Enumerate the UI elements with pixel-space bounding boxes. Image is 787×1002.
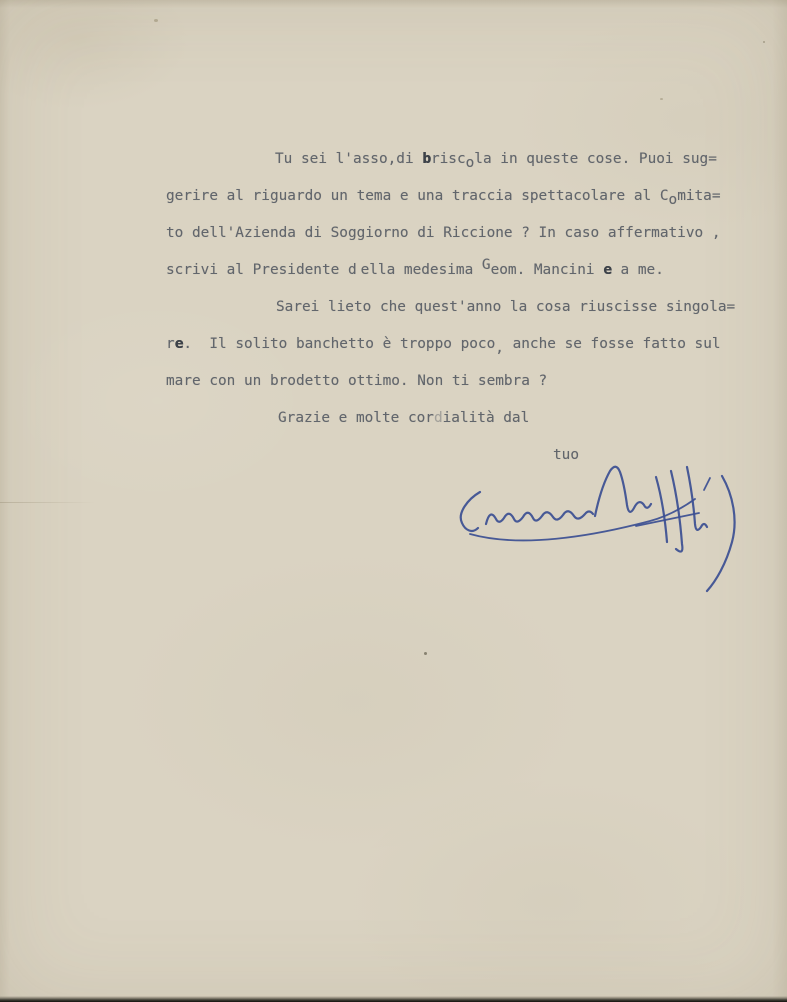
text-segment: mare con un brodetto ottimo. Non ti semb… <box>166 373 547 389</box>
letter-line: Tu sei l'asso,di briscola in queste cose… <box>166 141 766 178</box>
text-segment: b <box>422 151 431 167</box>
text-segment: d <box>434 410 443 426</box>
text-segment: o <box>466 155 475 171</box>
text-segment: Grazie e molte cor <box>278 410 434 426</box>
handwritten-signature <box>440 452 760 612</box>
signature-stroke-tick <box>704 478 710 490</box>
text-segment: Sarei lieto che quest'anno la cosa riusc… <box>276 299 735 315</box>
text-segment: e <box>603 262 612 278</box>
text-segment: ella medesima <box>361 262 482 278</box>
text-segment: . Il solito banchetto è troppo poco <box>183 336 495 352</box>
text-segment: r <box>166 336 175 352</box>
text-segment: o <box>669 192 678 208</box>
paper-speck <box>660 98 663 100</box>
scan-bottom-edge <box>0 996 787 1002</box>
letter-line: to dell'Azienda di Soggiorno di Riccione… <box>166 215 766 252</box>
text-segment: to dell'Azienda di Soggiorno di Riccione… <box>166 225 721 241</box>
paper-crease <box>0 502 95 503</box>
signature-stroke-gg-3 <box>687 467 707 530</box>
text-segment: la in queste cose. Puoi sug= <box>474 151 717 167</box>
text-segment: ialità dal <box>443 410 530 426</box>
text-segment: eom. Mancini <box>491 262 604 278</box>
signature-paren-flourish <box>707 476 735 591</box>
letter-line: Grazie e molte cordialità dal <box>166 400 766 437</box>
letter-line: scrivi al Presidente della medesima Geom… <box>166 252 766 289</box>
paper-speck <box>763 41 765 43</box>
text-segment: mita= <box>677 188 720 204</box>
letter-line: gerire al riguardo un tema e una traccia… <box>166 178 766 215</box>
letter-line: Sarei lieto che quest'anno la cosa riusc… <box>166 289 766 326</box>
letter-line: mare con un brodetto ottimo. Non ti semb… <box>166 363 766 400</box>
letter-body: Tu sei l'asso,di briscola in queste cose… <box>166 141 766 474</box>
signature-stroke-L <box>461 492 480 531</box>
text-segment: scrivi al Presidente d <box>166 262 357 278</box>
text-segment: , <box>495 340 504 356</box>
text-segment: risc <box>431 151 466 167</box>
text-segment: G <box>482 257 491 273</box>
letter-page: Tu sei l'asso,di briscola in queste cose… <box>0 0 787 1002</box>
text-segment: gerire al riguardo un tema e una traccia… <box>166 188 669 204</box>
text-segment: anche se fosse fatto sul <box>504 336 721 352</box>
signature-stroke-orenzo <box>486 511 593 524</box>
text-segment: a me. <box>612 262 664 278</box>
signature-stroke-Ru <box>595 467 651 516</box>
paper-speck <box>154 19 158 22</box>
signature-stroke-gg-1 <box>656 477 667 542</box>
text-segment: Tu sei l'asso,di <box>275 151 422 167</box>
letter-line: re. Il solito banchetto è troppo poco, a… <box>166 326 766 363</box>
paper-speck <box>424 652 427 655</box>
